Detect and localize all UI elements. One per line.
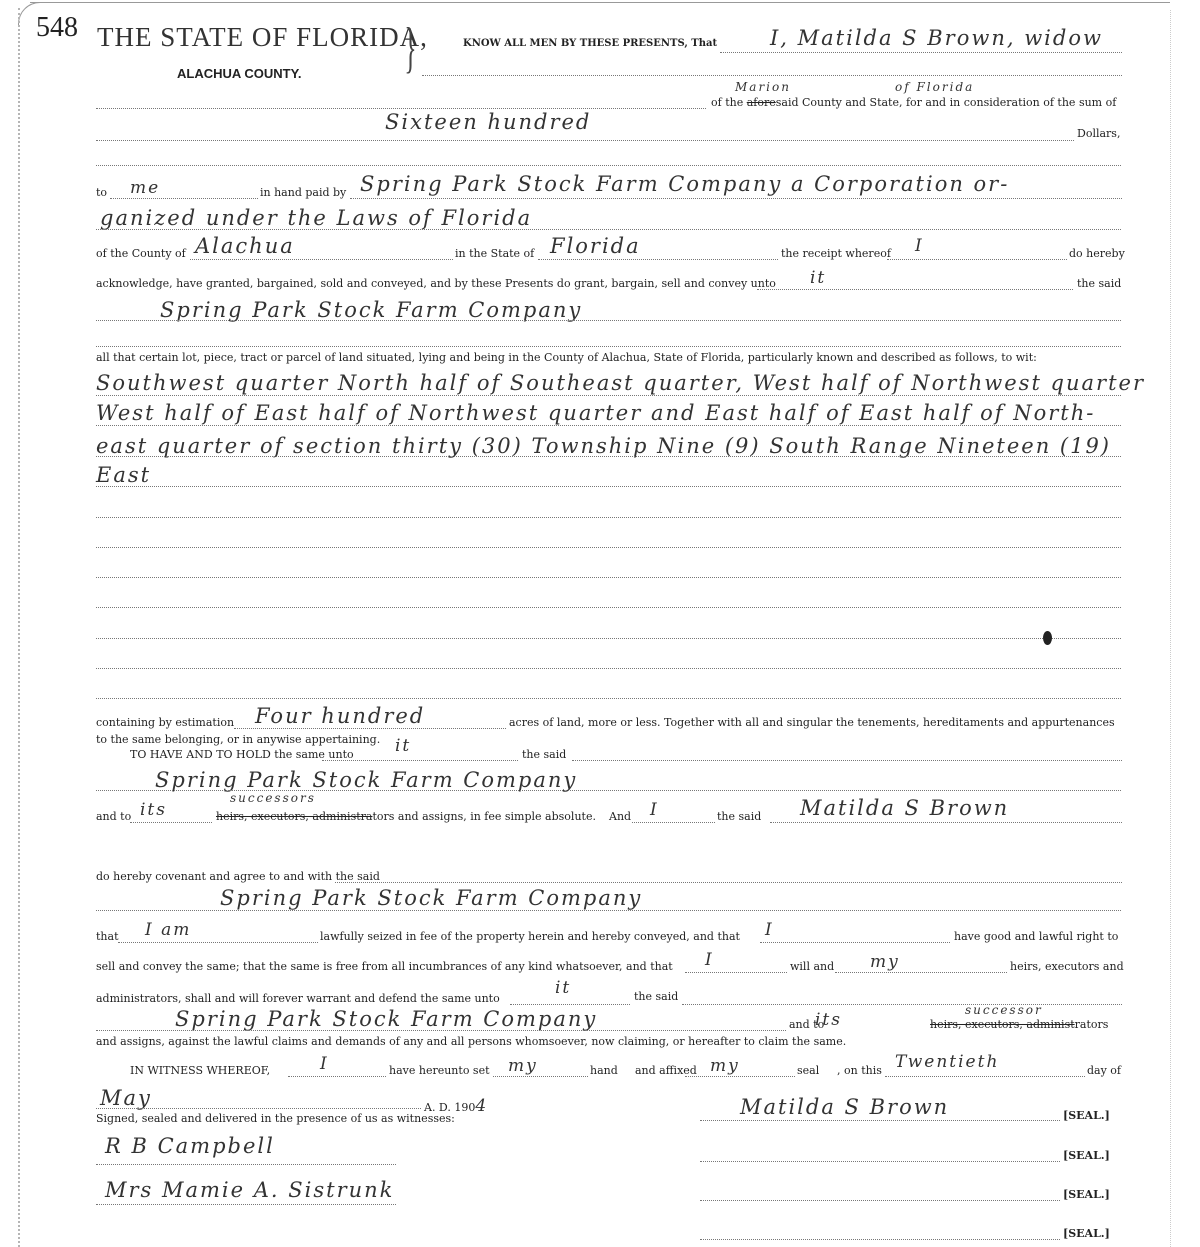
the-said-label: the said bbox=[717, 810, 761, 823]
dotted-line bbox=[335, 882, 1122, 883]
and-label: And bbox=[609, 810, 631, 823]
dotted-line bbox=[118, 942, 318, 943]
dotted-line bbox=[887, 259, 1067, 260]
seal-mark-3: [SEAL.] bbox=[1063, 1188, 1110, 1201]
dotted-line bbox=[110, 198, 258, 199]
state-title: THE STATE OF FLORIDA, bbox=[97, 22, 428, 53]
dotted-line bbox=[572, 760, 1122, 761]
dotted-line bbox=[96, 229, 1121, 230]
dotted-line bbox=[720, 52, 1122, 53]
county-field: Alachua bbox=[195, 234, 295, 258]
dotted-line bbox=[96, 547, 1121, 548]
whereof-label: IN WITNESS WHEREOF, bbox=[130, 1064, 270, 1077]
dotted-line bbox=[96, 577, 1121, 578]
dotted-line bbox=[96, 395, 1121, 396]
belonging-text: to the same belonging, or in anywise app… bbox=[96, 733, 380, 746]
to-label: to bbox=[96, 186, 107, 199]
dotted-line bbox=[632, 822, 715, 823]
seal-mark-4: [SEAL.] bbox=[1063, 1227, 1110, 1240]
hand-label: hand bbox=[590, 1064, 618, 1077]
grantee-field-3: Spring Park Stock Farm Company bbox=[220, 886, 642, 910]
grantee-field: Spring Park Stock Farm Company bbox=[160, 298, 582, 322]
assigns-claims-text: and assigns, against the lawful claims a… bbox=[96, 1035, 846, 1048]
day-field: Twentieth bbox=[895, 1052, 999, 1072]
dotted-line bbox=[96, 140, 1074, 141]
dotted-line bbox=[96, 698, 1121, 699]
aforesaid-text: of the aforesaid County and State, for a… bbox=[711, 96, 1116, 109]
dotted-line bbox=[96, 165, 1121, 166]
admin-text: administrators, shall and will forever w… bbox=[96, 992, 500, 1005]
the-said-label: the said bbox=[634, 990, 678, 1003]
acres-field: Four hundred bbox=[255, 704, 425, 728]
dotted-line bbox=[96, 346, 1121, 347]
the-said-label: the said bbox=[522, 748, 566, 761]
dotted-line bbox=[96, 1030, 786, 1031]
grantor-field: Matilda S Brown bbox=[800, 796, 1009, 820]
dotted-line bbox=[96, 108, 706, 109]
dotted-line bbox=[835, 972, 1007, 973]
successors-insert: successors bbox=[230, 791, 316, 805]
month-field: May bbox=[100, 1086, 152, 1110]
state-correction-hand: of Florida bbox=[895, 80, 974, 94]
seal-label: seal bbox=[797, 1064, 819, 1077]
signature-line bbox=[700, 1239, 1060, 1240]
page-right-border bbox=[1170, 10, 1171, 1247]
that2-field: I bbox=[765, 920, 774, 940]
dotted-line bbox=[130, 822, 212, 823]
witness-line-1 bbox=[96, 1164, 396, 1165]
county-heading: ALACHUA COUNTY. bbox=[177, 66, 301, 81]
witness-signature-2: Mrs Mamie A. Sistrunk bbox=[105, 1178, 394, 1202]
and-field: I bbox=[650, 800, 659, 820]
dollars-label: Dollars, bbox=[1077, 127, 1120, 140]
dotted-line bbox=[96, 910, 1121, 911]
on-this-label: , on this bbox=[837, 1064, 882, 1077]
dotted-line bbox=[96, 486, 1121, 487]
do-hereby-label: do hereby bbox=[1069, 247, 1125, 260]
dotted-line bbox=[288, 1076, 386, 1077]
receipt-field: I bbox=[915, 236, 924, 256]
dotted-line bbox=[96, 668, 1121, 669]
grantee-field-2: Spring Park Stock Farm Company bbox=[155, 768, 577, 792]
set-field: my bbox=[508, 1056, 538, 1076]
witness-signature-1: R B Campbell bbox=[105, 1134, 275, 1158]
hereunto-label: have hereunto set bbox=[389, 1064, 490, 1077]
signature-line bbox=[700, 1120, 1060, 1121]
dotted-line bbox=[96, 517, 1121, 518]
sell-text: sell and convey the same; that the same … bbox=[96, 960, 673, 973]
affixed-field: my bbox=[710, 1056, 740, 1076]
will-and-label: will and bbox=[790, 960, 834, 973]
dotted-line bbox=[96, 456, 1121, 457]
signature-line bbox=[700, 1161, 1060, 1162]
dotted-line bbox=[770, 822, 1122, 823]
dotted-line bbox=[682, 1004, 1122, 1005]
page-number: 548 bbox=[36, 12, 78, 44]
dotted-line bbox=[234, 728, 506, 729]
have-hold-field: it bbox=[395, 736, 411, 756]
convey-unto-field: it bbox=[810, 268, 826, 288]
paid-by-field: Spring Park Stock Farm Company a Corpora… bbox=[360, 172, 1009, 196]
that-field: I am bbox=[145, 920, 191, 940]
year-field: 4 bbox=[475, 1096, 488, 1116]
dotted-line bbox=[322, 760, 518, 761]
signature-line bbox=[700, 1200, 1060, 1201]
dotted-line bbox=[350, 198, 1122, 199]
right-text: have good and lawful right to bbox=[954, 930, 1118, 943]
dotted-line bbox=[422, 75, 1122, 76]
sum-field: Sixteen hundred bbox=[385, 110, 591, 134]
heirs-struck-text: heirs, executors, administrators bbox=[930, 1018, 1108, 1031]
county-correction-hand: Marion bbox=[735, 80, 791, 94]
receipt-label: the receipt whereof bbox=[781, 247, 891, 260]
deed-page: 548 THE STATE OF FLORIDA, ALACHUA COUNTY… bbox=[0, 0, 1200, 1247]
know-all-men-text: KNOW ALL MEN BY THESE PRESENTS, That bbox=[463, 38, 717, 49]
brace-mark: } bbox=[404, 16, 416, 80]
dotted-line bbox=[757, 289, 1073, 290]
dotted-line bbox=[190, 259, 453, 260]
county-label: of the County of bbox=[96, 247, 186, 260]
state-field: Florida bbox=[550, 234, 641, 258]
ink-blot bbox=[1043, 631, 1052, 645]
dotted-line bbox=[510, 1004, 630, 1005]
grantor-name-field: I, Matilda S Brown, widow bbox=[770, 26, 1103, 50]
dotted-line bbox=[96, 320, 1121, 321]
grantee-field-4: Spring Park Stock Farm Company bbox=[175, 1007, 597, 1031]
seal-mark-1: [SEAL.] bbox=[1063, 1109, 1110, 1122]
and-to-label: and to bbox=[96, 810, 131, 823]
containing-label: containing by estimation bbox=[96, 716, 234, 729]
page-left-border bbox=[18, 8, 21, 1247]
dotted-line bbox=[493, 1076, 588, 1077]
description-line-1: Southwest quarter North half of Southeas… bbox=[96, 371, 1145, 395]
to-field: me bbox=[130, 178, 160, 198]
its-field: its bbox=[140, 800, 167, 820]
seized-text: lawfully seized in fee of the property h… bbox=[320, 930, 740, 943]
have-hold-label: TO HAVE AND TO HOLD the same unto bbox=[130, 748, 354, 761]
seal-mark-2: [SEAL.] bbox=[1063, 1149, 1110, 1162]
description-line-3: east quarter of section thirty (30) Town… bbox=[96, 434, 1111, 458]
dotted-line bbox=[538, 259, 778, 260]
description-line-4: East bbox=[96, 463, 151, 487]
description-line-2: West half of East half of Northwest quar… bbox=[96, 401, 1095, 425]
dotted-line bbox=[96, 638, 1121, 639]
heirs-text: heirs, executors and bbox=[1010, 960, 1124, 973]
land-intro-text: all that certain lot, piece, tract or pa… bbox=[96, 351, 1037, 364]
witness-line-2 bbox=[96, 1204, 396, 1205]
signed-text: Signed, sealed and delivered in the pres… bbox=[96, 1112, 455, 1125]
the-said-label: the said bbox=[1077, 277, 1121, 290]
dotted-line bbox=[885, 1076, 1085, 1077]
successor-insert: successor bbox=[965, 1003, 1043, 1017]
day-of-label: day of bbox=[1087, 1064, 1121, 1077]
paid-by-field-cont: ganized under the Laws of Florida bbox=[100, 206, 532, 230]
my-field: my bbox=[870, 952, 900, 972]
assigns-text: heirs, executors, administrators and ass… bbox=[216, 810, 596, 823]
dotted-line bbox=[96, 607, 1121, 608]
that-label: that bbox=[96, 930, 118, 943]
dotted-line bbox=[760, 942, 950, 943]
sell-field: I bbox=[705, 950, 714, 970]
paid-by-label: in hand paid by bbox=[260, 186, 346, 199]
its-field-2: its bbox=[815, 1010, 842, 1030]
acres-text: acres of land, more or less. Together wi… bbox=[509, 716, 1115, 729]
state-label: in the State of bbox=[455, 247, 534, 260]
acknowledge-text: acknowledge, have granted, bargained, so… bbox=[96, 277, 776, 290]
page-top-border bbox=[30, 2, 1170, 4]
grantor-signature: Matilda S Brown bbox=[740, 1095, 949, 1119]
whereof-field: I bbox=[320, 1054, 329, 1074]
dotted-line bbox=[685, 972, 787, 973]
defend-field: it bbox=[555, 978, 571, 998]
dotted-line bbox=[96, 425, 1121, 426]
dotted-line bbox=[96, 1108, 421, 1109]
dotted-line bbox=[685, 1076, 795, 1077]
